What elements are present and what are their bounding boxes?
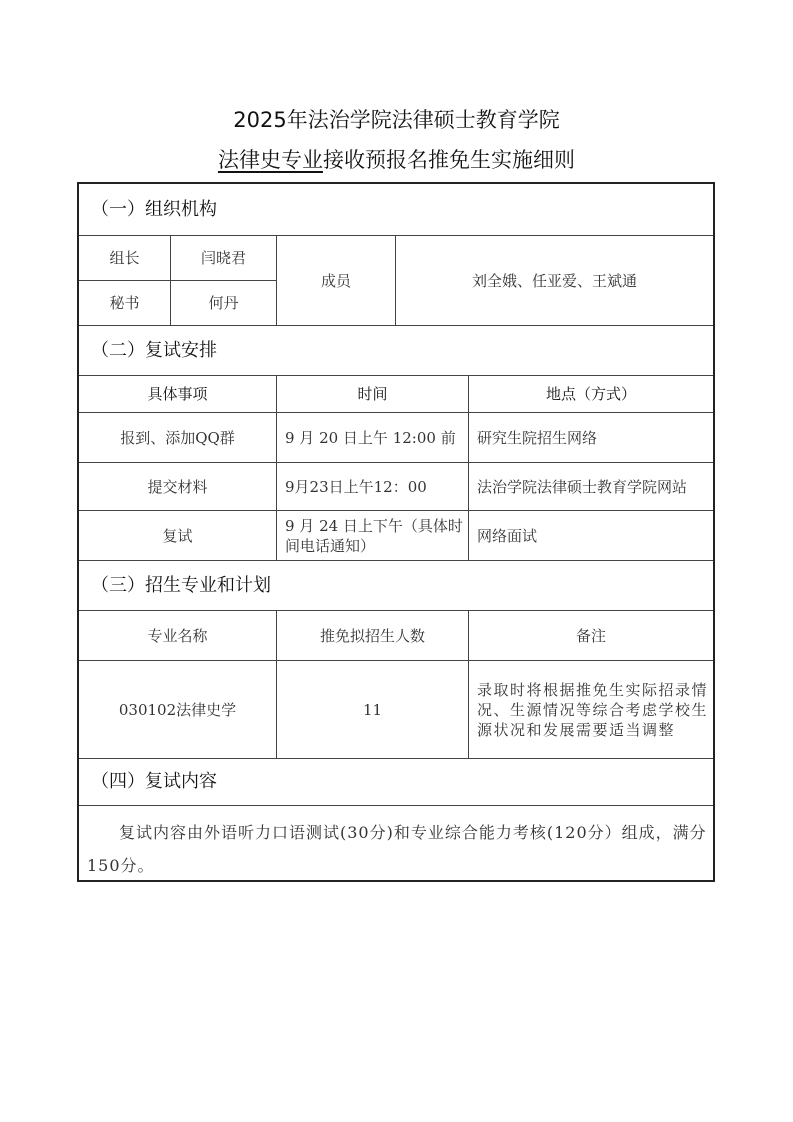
schedule-row2-item: 提交材料 (79, 463, 276, 510)
section2-heading: （二）复试安排 (79, 326, 713, 375)
schedule-row2-place: 法治学院法律硕士教育学院网站 (469, 463, 713, 510)
schedule-row2-time: 9月23日上午12：00 (277, 463, 468, 510)
schedule-row1-item: 报到、添加QQ群 (79, 413, 276, 462)
secretary-name: 何丹 (171, 281, 276, 325)
schedule-row1-place: 研究生院招生网络 (469, 413, 713, 462)
title-major-underlined: 法律史专业 (218, 148, 323, 172)
members-label: 成员 (277, 236, 395, 325)
schedule-row3-item: 复试 (79, 511, 276, 560)
document-title-line1: 2025年法治学院法律硕士教育学院 (0, 104, 793, 134)
col-header-place: 地点（方式） (469, 376, 713, 412)
plan-row-major: 030102法律史学 (79, 661, 276, 758)
schedule-row3-time: 9 月 24 日上下午（具体时间电话通知） (277, 511, 468, 560)
document-title-line2: 法律史专业接收预报名推免生实施细则 (0, 144, 793, 174)
col-header-note: 备注 (469, 611, 713, 660)
col-header-major: 专业名称 (79, 611, 276, 660)
col-header-item: 具体事项 (79, 376, 276, 412)
section4-body: 复试内容由外语听力口语测试(30分)和专业综合能力考核(120分）组成，满分15… (87, 816, 709, 882)
section3-heading: （三）招生专业和计划 (79, 561, 713, 610)
rules-table: （一）组织机构 组长 闫晓君 秘书 何丹 成员 刘全娥、任亚爱、王斌通 （二）复… (77, 182, 715, 882)
schedule-row3-place: 网络面试 (469, 511, 713, 560)
section1-heading: （一）组织机构 (79, 184, 713, 235)
secretary-label: 秘书 (79, 281, 170, 325)
title-rest: 接收预报名推免生实施细则 (323, 148, 575, 172)
col-header-time: 时间 (277, 376, 468, 412)
plan-row-count: 11 (277, 661, 468, 758)
plan-row-note: 录取时将根据推免生实际招录情况、生源情况等综合考虑学校生源状况和发展需要适当调整 (469, 661, 713, 758)
members-list: 刘全娥、任亚爱、王斌通 (396, 236, 713, 325)
schedule-row1-time: 9 月 20 日上午 12:00 前 (277, 413, 468, 462)
leader-label: 组长 (79, 236, 170, 280)
section4-heading: （四）复试内容 (79, 759, 713, 805)
col-header-count: 推免拟招生人数 (277, 611, 468, 660)
leader-name: 闫晓君 (171, 236, 276, 280)
